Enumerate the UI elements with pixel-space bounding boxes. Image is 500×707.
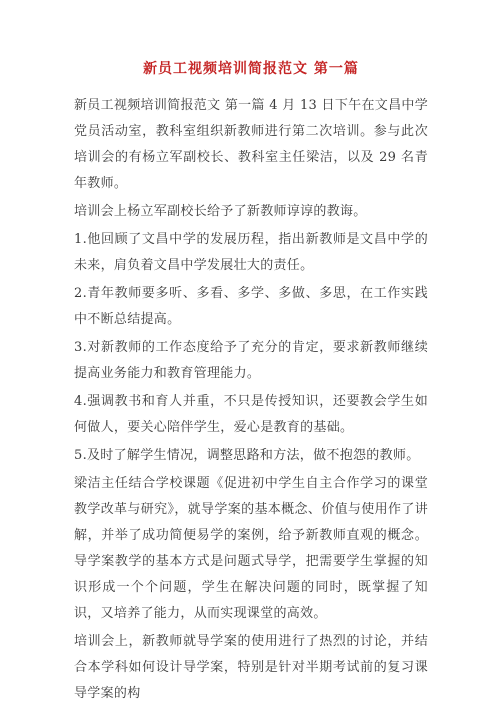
paragraph: 培训会上，新教师就导学案的使用进行了热烈的讨论，并结合本学科如何设计导学案，特别… — [74, 629, 428, 707]
paragraph: 4.强调教书和育人并重，不只是传授知识，还要教会学生如何做人，要关心陪伴学生，爱… — [74, 389, 428, 441]
paragraph: 3.对新教师的工作态度给予了充分的肯定，要求新教师继续提高业务能力和教育管理能力… — [74, 335, 428, 387]
paragraph: 梁洁主任结合学校课题《促进初中学生自主合作学习的课堂教学改革与研究》，就导学案的… — [74, 471, 428, 627]
paragraph: 1.他回顾了文昌中学的发展历程，指出新教师是文昌中学的未来，肩负着文昌中学发展壮… — [74, 227, 428, 279]
paragraph: 新员工视频培训简报范文 第一篇 4 月 13 日下午在文昌中学党员活动室，教科室… — [74, 93, 428, 197]
paragraph: 2.青年教师要多听、多看、多学、多做、多思，在工作实践中不断总结提高。 — [74, 281, 428, 333]
paragraph: 5.及时了解学生情况，调整思路和方法，做不抱怨的教师。 — [74, 443, 428, 469]
paragraph: 培训会上杨立军副校长给予了新教师谆谆的教诲。 — [74, 199, 428, 225]
document-page: 新员工视频培训简报范文 第一篇 新员工视频培训简报范文 第一篇 4 月 13 日… — [0, 0, 500, 707]
document-title: 新员工视频培训简报范文 第一篇 — [74, 58, 428, 80]
document-body: 新员工视频培训简报范文 第一篇 4 月 13 日下午在文昌中学党员活动室，教科室… — [74, 93, 428, 707]
